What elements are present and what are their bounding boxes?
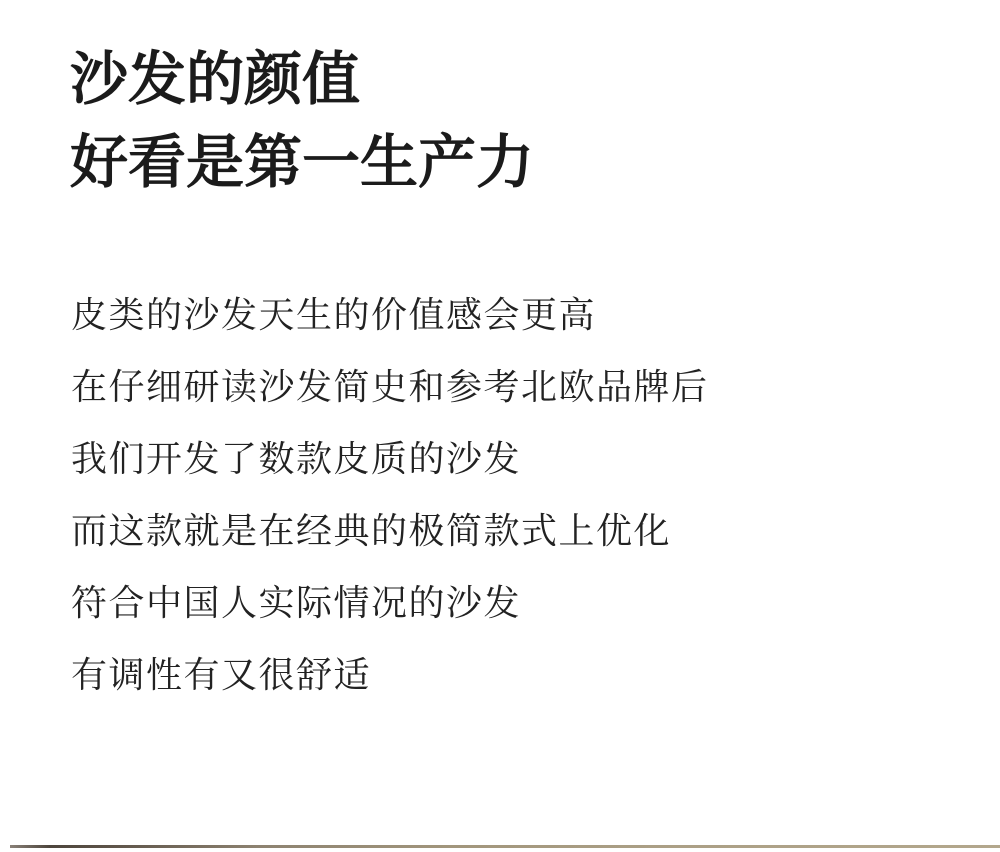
body-line: 在仔细研读沙发简史和参考北欧品牌后 [71, 351, 709, 423]
heading-line-1: 沙发的颜值 [70, 38, 534, 121]
next-section-image-edge [10, 845, 1000, 848]
product-description-panel: 沙发的颜值 好看是第一生产力 皮类的沙发天生的价值感会更高 在仔细研读沙发简史和… [0, 0, 1000, 852]
body-copy: 皮类的沙发天生的价值感会更高 在仔细研读沙发简史和参考北欧品牌后 我们开发了数款… [71, 279, 709, 711]
body-line: 而这款就是在经典的极简款式上优化 [71, 495, 709, 567]
body-line: 符合中国人实际情况的沙发 [71, 567, 709, 639]
body-line: 皮类的沙发天生的价值感会更高 [71, 279, 709, 351]
heading-line-2: 好看是第一生产力 [70, 121, 534, 204]
page-title: 沙发的颜值 好看是第一生产力 [70, 38, 534, 204]
body-line: 有调性有又很舒适 [71, 639, 709, 711]
body-line: 我们开发了数款皮质的沙发 [71, 423, 709, 495]
